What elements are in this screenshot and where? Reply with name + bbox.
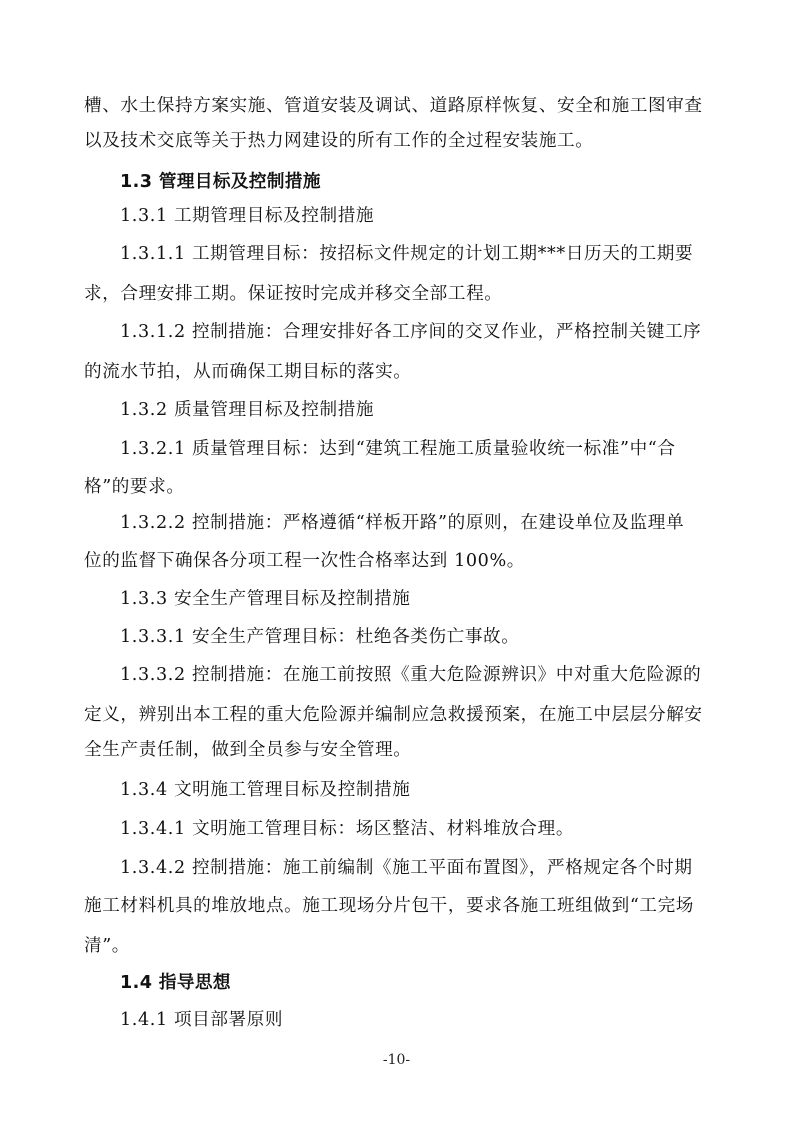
body-text-line: 1.3.4.2 控制措施：施工前编制《施工平面布置图》，严格规定各个时期 — [120, 849, 712, 887]
body-text-line: 位的监督下确保各分项工程一次性合格率达到 100%。 — [84, 542, 712, 580]
subsection-heading-1-3-2: 1.3.2 质量管理目标及控制措施 — [120, 391, 712, 429]
body-text-line: 1.3.3.2 控制措施：在施工前按照《重大危险源辨识》中对重大危险源的 — [120, 656, 712, 694]
subsection-heading-1-3-1: 1.3.1 工期管理目标及控制措施 — [120, 197, 712, 235]
subsection-heading-1-4-1: 1.4.1 项目部署原则 — [120, 1001, 712, 1039]
body-text-line: 施工材料机具的堆放地点。施工现场分片包干，要求各施工班组做到“工完场 — [84, 887, 712, 925]
subsection-heading-1-3-3: 1.3.3 安全生产管理目标及控制措施 — [120, 580, 712, 618]
body-text-line: 1.3.1.2 控制措施：合理安排好各工序间的交叉作业，严格控制关键工序 — [120, 313, 712, 351]
body-text-line: 1.3.2.2 控制措施：严格遵循“样板开路”的原则，在建设单位及监理单 — [120, 504, 712, 542]
body-text-line: 定义，辨别出本工程的重大危险源并编制应急救援预案，在施工中层层分解安 — [84, 696, 712, 734]
body-text-line: 1.3.3.1 安全生产管理目标：杜绝各类伤亡事故。 — [120, 618, 712, 656]
body-text-line: 1.3.1.1 工期管理目标：按招标文件规定的计划工期***日历天的工期要 — [120, 235, 712, 273]
page-number: -10- — [0, 1052, 793, 1068]
body-text-line: 清”。 — [84, 927, 712, 965]
body-text-line: 的流水节拍，从而确保工期目标的落实。 — [84, 353, 712, 391]
body-text-line: 1.3.2.1 质量管理目标：达到“建筑工程施工质量验收统一标准”中“合 — [120, 430, 712, 468]
body-text-line: 求，合理安排工期。保证按时完成并移交全部工程。 — [84, 275, 712, 313]
section-heading-1-3: 1.3 管理目标及控制措施 — [120, 163, 712, 201]
body-text-line: 1.3.4.1 文明施工管理目标：场区整洁、材料堆放合理。 — [120, 810, 712, 848]
subsection-heading-1-3-4: 1.3.4 文明施工管理目标及控制措施 — [120, 771, 712, 809]
section-heading-1-4: 1.4 指导思想 — [120, 964, 712, 1002]
body-text-line: 全生产责任制，做到全员参与安全管理。 — [84, 731, 712, 769]
body-text-line: 以及技术交底等关于热力网建设的所有工作的全过程安装施工。 — [84, 122, 712, 160]
body-text-line: 格”的要求。 — [84, 468, 712, 506]
body-text-line: 槽、水土保持方案实施、管道安装及调试、道路原样恢复、安全和施工图审查 — [84, 87, 712, 125]
